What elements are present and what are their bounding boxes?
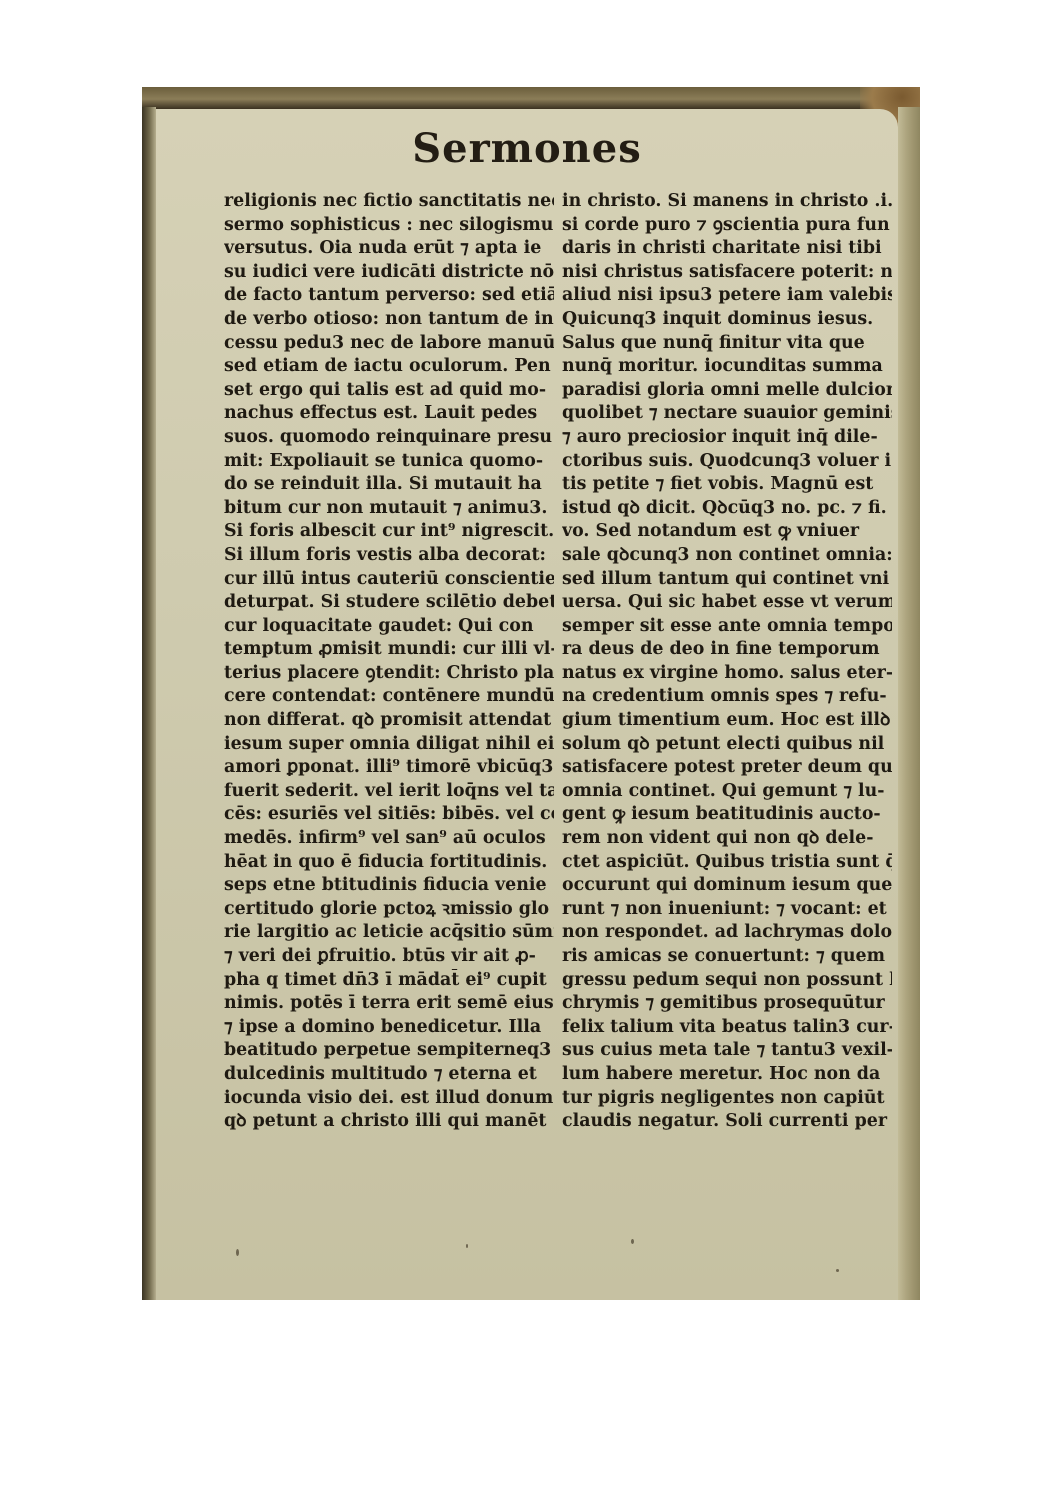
text-line: cur loquacitate gaudet: Qui con (224, 615, 554, 639)
text-line: lum habere meretur. Hoc non da (562, 1063, 892, 1087)
text-line: satisfacere potest preter deum qui (562, 756, 892, 780)
text-line: tur pigris negligentes non capiūt (562, 1087, 892, 1111)
text-line: paradisi gloria omni melle dulcior (562, 379, 892, 403)
text-line: ⁊ veri dei ꝑfruitio. btūs vir ait ꝓ- (224, 945, 554, 969)
text-line: certitudo glorie pctoꝝ ꝛmissio glo (224, 898, 554, 922)
text-line: claudis negatur. Soli currenti per (562, 1110, 892, 1134)
text-line: felix talium vita beatus talin3 cur- (562, 1016, 892, 1040)
text-line: beatitudo perpetue sempiterneq3 (224, 1039, 554, 1063)
text-line: cur illū intus cauteriū conscientie (224, 568, 554, 592)
text-line: gressu pedum sequi non possunt la (562, 969, 892, 993)
text-line: rem non vident qui non qꝺ dele- (562, 827, 892, 851)
text-line: rie largitio ac leticie acq̄sitio sūmi (224, 921, 554, 945)
text-line: aliud nisi ipsu3 petere iam valebis. (562, 284, 892, 308)
running-head: Sermones (156, 127, 898, 171)
text-line: sus cuius meta tale ⁊ tantu3 vexil- (562, 1039, 892, 1063)
text-line: versutus. Oia nuda erūt ⁊ apta ie (224, 237, 554, 261)
text-line: nisi christus satisfacere poterit: nec (562, 261, 892, 285)
text-line: quolibet ⁊ nectare suauior geminis (562, 402, 892, 426)
text-line: hēat in quo ē fiducia fortitudinis. (224, 851, 554, 875)
right-text-column: in christo. Si manens in christo .i. si … (562, 190, 892, 1134)
text-line: de verbo otioso: non tantum de in (224, 308, 554, 332)
text-line: gium timentium eum. Hoc est illꝺ (562, 709, 892, 733)
text-line: religionis nec fictio sanctitatis nec (224, 190, 554, 214)
left-text-column: religionis nec fictio sanctitatis nec se… (224, 190, 554, 1134)
text-line: Si illum foris vestis alba decorat: (224, 544, 554, 568)
text-line: amori ꝑponat. illi⁹ timorē vbicūq3 (224, 756, 554, 780)
text-line: ⁊ auro preciosior inquit inq̄ dile- (562, 426, 892, 450)
text-line: seps etne btitudinis fiducia venie (224, 874, 554, 898)
text-line: sed etiam de iactu oculorum. Pen (224, 355, 554, 379)
text-line: cēs: esuriēs vel sitiēs: bibēs. vel co (224, 803, 554, 827)
text-line: na credentium omnis spes ⁊ refu- (562, 685, 892, 709)
text-line: runt ⁊ non inueniunt: ⁊ vocant: et (562, 898, 892, 922)
text-line: non differat. qꝺ promisit attendat (224, 709, 554, 733)
text-line: uersa. Qui sic habet esse vt verum (562, 591, 892, 615)
text-line: nimis. potēs ī terra erit semē eius (224, 992, 554, 1016)
text-line: Salus que nunq̄ finitur vita que (562, 332, 892, 356)
text-line: solum qꝺ petunt electi quibus nil (562, 733, 892, 757)
text-line: vo. Sed notandum est ꝙ vniuer (562, 520, 892, 544)
text-line: iesum super omnia diligat nihil ei⁹ (224, 733, 554, 757)
text-line: ra deus de deo in fine temporum (562, 638, 892, 662)
text-line: ctet aspiciūt. Quibus tristia sunt q̄ (562, 851, 892, 875)
text-line: si corde puro ⁊ ꝯscientia pura fun (562, 214, 892, 238)
text-line: ctoribus suis. Quodcunq3 voluer i (562, 450, 892, 474)
text-line: cere contendat: contēnere mundū (224, 685, 554, 709)
text-line: cessu pedu3 nec de labore manuū (224, 332, 554, 356)
text-line: tis petite ⁊ fiet vobis. Magnū est (562, 473, 892, 497)
text-line: bitum cur non mutauit ⁊ animu3. (224, 497, 554, 521)
text-line: fuerit sederit. vel ierit loq̄ns vel ta (224, 780, 554, 804)
text-line: iocunda visio dei. est illud donum (224, 1087, 554, 1111)
text-line: ris amicas se conuertunt: ⁊ quem (562, 945, 892, 969)
text-line: Quicunq3 inquit dominus iesus. (562, 308, 892, 332)
text-line: temptum ꝓmisit mundi: cur illi vl- (224, 638, 554, 662)
text-line: gent ꝙ iesum beatitudinis aucto- (562, 803, 892, 827)
text-line: qꝺ petunt a christo illi qui manēt (224, 1110, 554, 1134)
text-line: in christo. Si manens in christo .i. (562, 190, 892, 214)
text-line: chrymis ⁊ gemitibus prosequūtur (562, 992, 892, 1016)
text-line: sed illum tantum qui continet vni (562, 568, 892, 592)
text-line: dulcedinis multitudo ⁊ eterna et (224, 1063, 554, 1087)
top-book-edge (142, 87, 920, 109)
printed-page: Sermones religionis nec fictio sanctitat… (156, 109, 898, 1300)
text-line: natus ex virgine homo. salus eter- (562, 662, 892, 686)
text-line: deturpat. Si studere scilētio debet (224, 591, 554, 615)
text-line: daris in christi charitate nisi tibi (562, 237, 892, 261)
text-line: non respondet. ad lachrymas dolo (562, 921, 892, 945)
left-page-edge (142, 107, 156, 1300)
text-line: sale qꝺcunq3 non continet omnia: (562, 544, 892, 568)
text-line: de facto tantum perverso: sed etiā (224, 284, 554, 308)
text-line: suos. quomodo reinquinare presu (224, 426, 554, 450)
text-line: mit: Expoliauit se tunica quomo- (224, 450, 554, 474)
text-line: nachus effectus est. Lauit pedes (224, 402, 554, 426)
text-line: occurunt qui dominum iesum que (562, 874, 892, 898)
text-line: set ergo qui talis est ad quid mo- (224, 379, 554, 403)
text-line: nunq̄ moritur. iocunditas summa (562, 355, 892, 379)
text-line: do se reinduit illa. Si mutauit ha (224, 473, 554, 497)
text-line: semper sit esse ante omnia tempo- (562, 615, 892, 639)
text-line: Si foris albescit cur int⁹ nigrescit. (224, 520, 554, 544)
text-line: pha q timet dn̄3 ī mādat̄ ei⁹ cupit (224, 969, 554, 993)
page-photograph: Sermones religionis nec fictio sanctitat… (142, 87, 920, 1300)
text-line: ⁊ ipse a domino benedicetur. Illa (224, 1016, 554, 1040)
text-line: su iudici vere iudicāti districte nō (224, 261, 554, 285)
text-line: terius placere ꝯtendit: Christo pla (224, 662, 554, 686)
text-line: sermo sophisticus : nec silogismus (224, 214, 554, 238)
text-line: istud qꝺ dicit. Qꝺcūq3 no. pc. ⁊ fi. (562, 497, 892, 521)
right-page-edge (898, 107, 920, 1300)
text-line: medēs. infirm⁹ vel san⁹ aū oculos (224, 827, 554, 851)
text-line: omnia continet. Qui gemunt ⁊ lu- (562, 780, 892, 804)
